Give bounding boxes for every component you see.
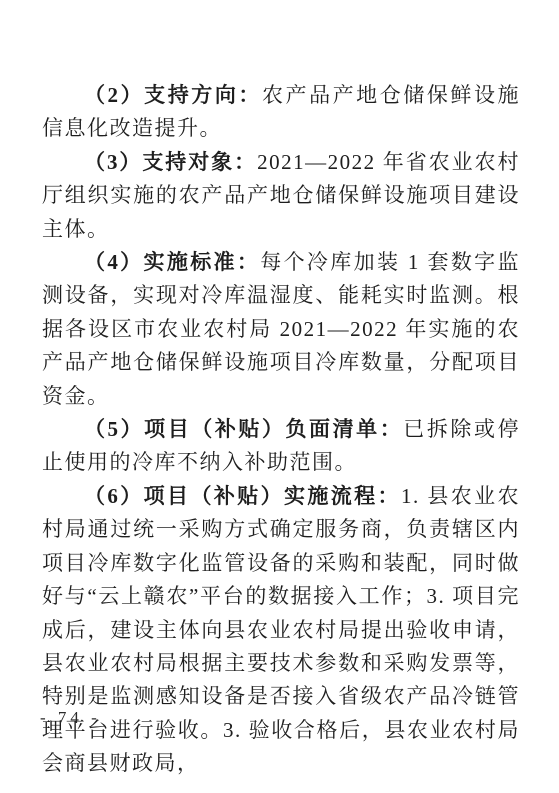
document-body: （2）支持方向：农产品产地仓储保鲜设施信息化改造提升。 （3）支持对象：2021… — [42, 79, 520, 781]
paragraph-negative-list: （5）项目（补贴）负面清单：已拆除或停止使用的冷库不纳入补助范围。 — [42, 413, 520, 480]
paragraph-label: （5）项目（补贴）负面清单： — [84, 417, 403, 441]
paragraph-label: （3）支持对象： — [84, 150, 257, 174]
paragraph-support-target: （3）支持对象：2021—2022 年省农业农村厅组织实施的农产品产地仓储保鲜设… — [42, 146, 520, 246]
paragraph-label: （2）支持方向： — [84, 83, 262, 107]
paragraph-text: 1. 县农业农村局通过统一采购方式确定服务商，负责辖区内项目冷库数字化监管设备的… — [42, 484, 520, 775]
paragraph-implementation-standard: （4）实施标准：每个冷库加装 1 套数字监测设备，实现对冷库温湿度、能耗实时监测… — [42, 246, 520, 413]
document-page: （2）支持方向：农产品产地仓储保鲜设施信息化改造提升。 （3）支持对象：2021… — [0, 0, 559, 793]
paragraph-implementation-process: （6）项目（补贴）实施流程：1. 县农业农村局通过统一采购方式确定服务商，负责辖… — [42, 480, 520, 781]
paragraph-support-direction: （2）支持方向：农产品产地仓储保鲜设施信息化改造提升。 — [42, 79, 520, 146]
paragraph-label: （4）实施标准： — [84, 250, 260, 274]
page-number: - 74 - — [40, 708, 101, 728]
paragraph-label: （6）项目（补贴）实施流程： — [84, 484, 401, 508]
